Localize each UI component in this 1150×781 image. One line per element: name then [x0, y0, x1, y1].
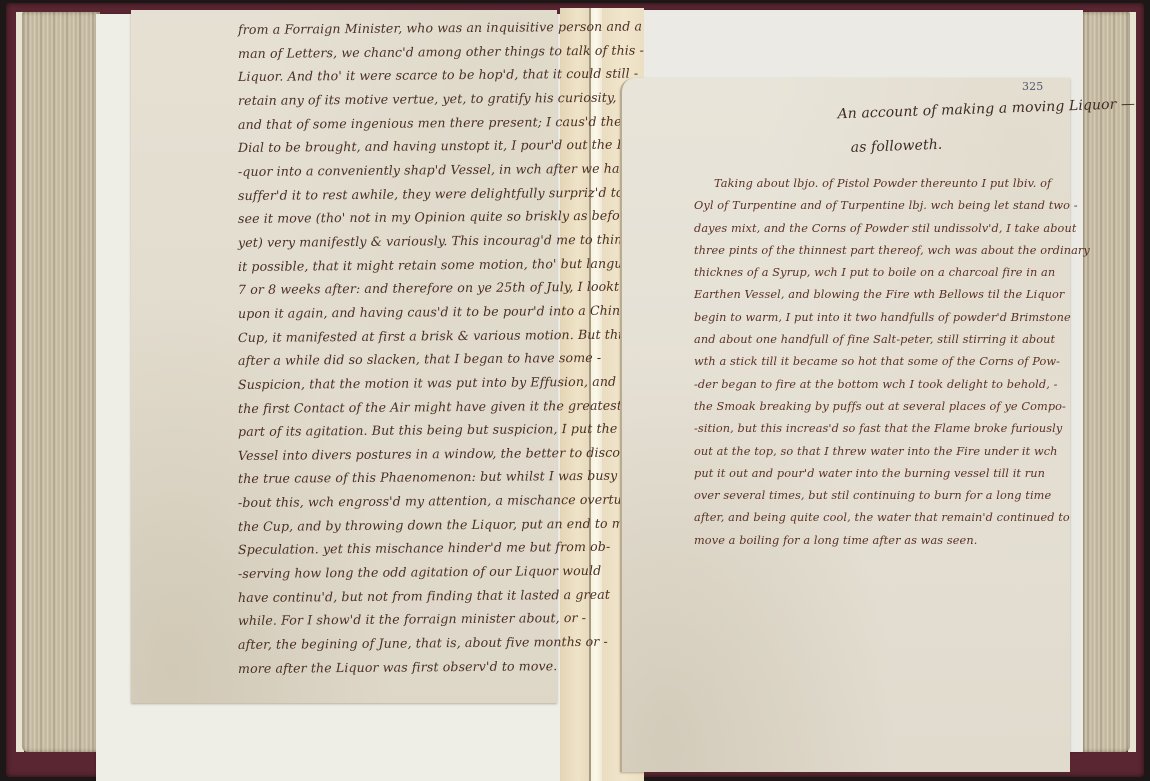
text-line: three pints of the thinnest part thereof…: [694, 240, 1090, 262]
text-line: -quor into a conveniently shap'd Vessel,…: [238, 156, 648, 183]
text-line: after a while did so slacken, that I beg…: [238, 346, 648, 373]
text-line: thicknes of a Syrup, wch I put to boile …: [694, 262, 1090, 284]
text-line: Liquor. And tho' it were scarce to be ho…: [238, 62, 648, 89]
text-line: yet) very manifestly & variously. This i…: [238, 227, 648, 254]
text-line: Dial to be brought, and having unstopt i…: [238, 133, 648, 160]
text-line: Taking about lbjo. of Pistol Powder ther…: [694, 173, 1090, 195]
text-line: more after the Liquor was first observ'd…: [238, 653, 648, 680]
page-title: An account of making a moving Liquor — a…: [819, 79, 1138, 175]
text-line: out at the top, so that I threw water in…: [694, 441, 1090, 463]
text-line: retain any of its motive vertue, yet, to…: [238, 85, 648, 112]
text-line: see it move (tho' not in my Opinion quit…: [238, 204, 648, 231]
text-line: from a Forraign Minister, who was an inq…: [238, 14, 648, 41]
text-line: part of its agitation. But this being bu…: [238, 417, 648, 444]
text-line: begin to warm, I put into it two handful…: [694, 307, 1090, 329]
title-continuation: as followeth.: [838, 137, 942, 157]
text-line: upon it again, and having caus'd it to b…: [238, 298, 648, 325]
text-line: and about one handfull of fine Salt-pete…: [694, 329, 1090, 351]
text-line: after, the begining of June, that is, ab…: [238, 629, 648, 656]
right-page-text: Taking about lbjo. of Pistol Powder ther…: [694, 173, 1090, 552]
text-line: after, and being quite cool, the water t…: [694, 507, 1090, 529]
left-page-stack: [22, 12, 100, 752]
text-line: -serving how long the odd agitation of o…: [238, 559, 648, 586]
text-line: the Smoak breaking by puffs out at sever…: [694, 396, 1090, 418]
title-line: An account of making a moving Liquor —: [837, 96, 1135, 122]
text-line: -der began to fire at the bottom wch I t…: [694, 374, 1090, 396]
text-line: Oyl of Turpentine and of Turpentine lbj.…: [694, 195, 1090, 217]
text-line: -bout this, wch engross'd my attention, …: [238, 488, 648, 515]
left-page-text: from a Forraign Minister, who was an inq…: [238, 18, 648, 680]
text-line: -sition, but this increas'd so fast that…: [694, 418, 1090, 440]
text-line: Suspicion, that the motion it was put in…: [238, 369, 648, 396]
text-line: dayes mixt, and the Corns of Powder stil…: [694, 218, 1090, 240]
text-line: 7 or 8 weeks after: and therefore on ye …: [238, 275, 648, 302]
text-line: move a boiling for a long time after as …: [694, 530, 1090, 552]
manuscript-page-left: from a Forraign Minister, who was an inq…: [131, 10, 557, 703]
text-line: put it out and pour'd water into the bur…: [694, 463, 1090, 485]
text-line: Earthen Vessel, and blowing the Fire wth…: [694, 284, 1090, 306]
text-line: wth a stick till it became so hot that s…: [694, 351, 1090, 373]
text-line: over several times, but stil continuing …: [694, 485, 1090, 507]
manuscript-page-right: 325 An account of making a moving Liquor…: [620, 78, 1070, 772]
